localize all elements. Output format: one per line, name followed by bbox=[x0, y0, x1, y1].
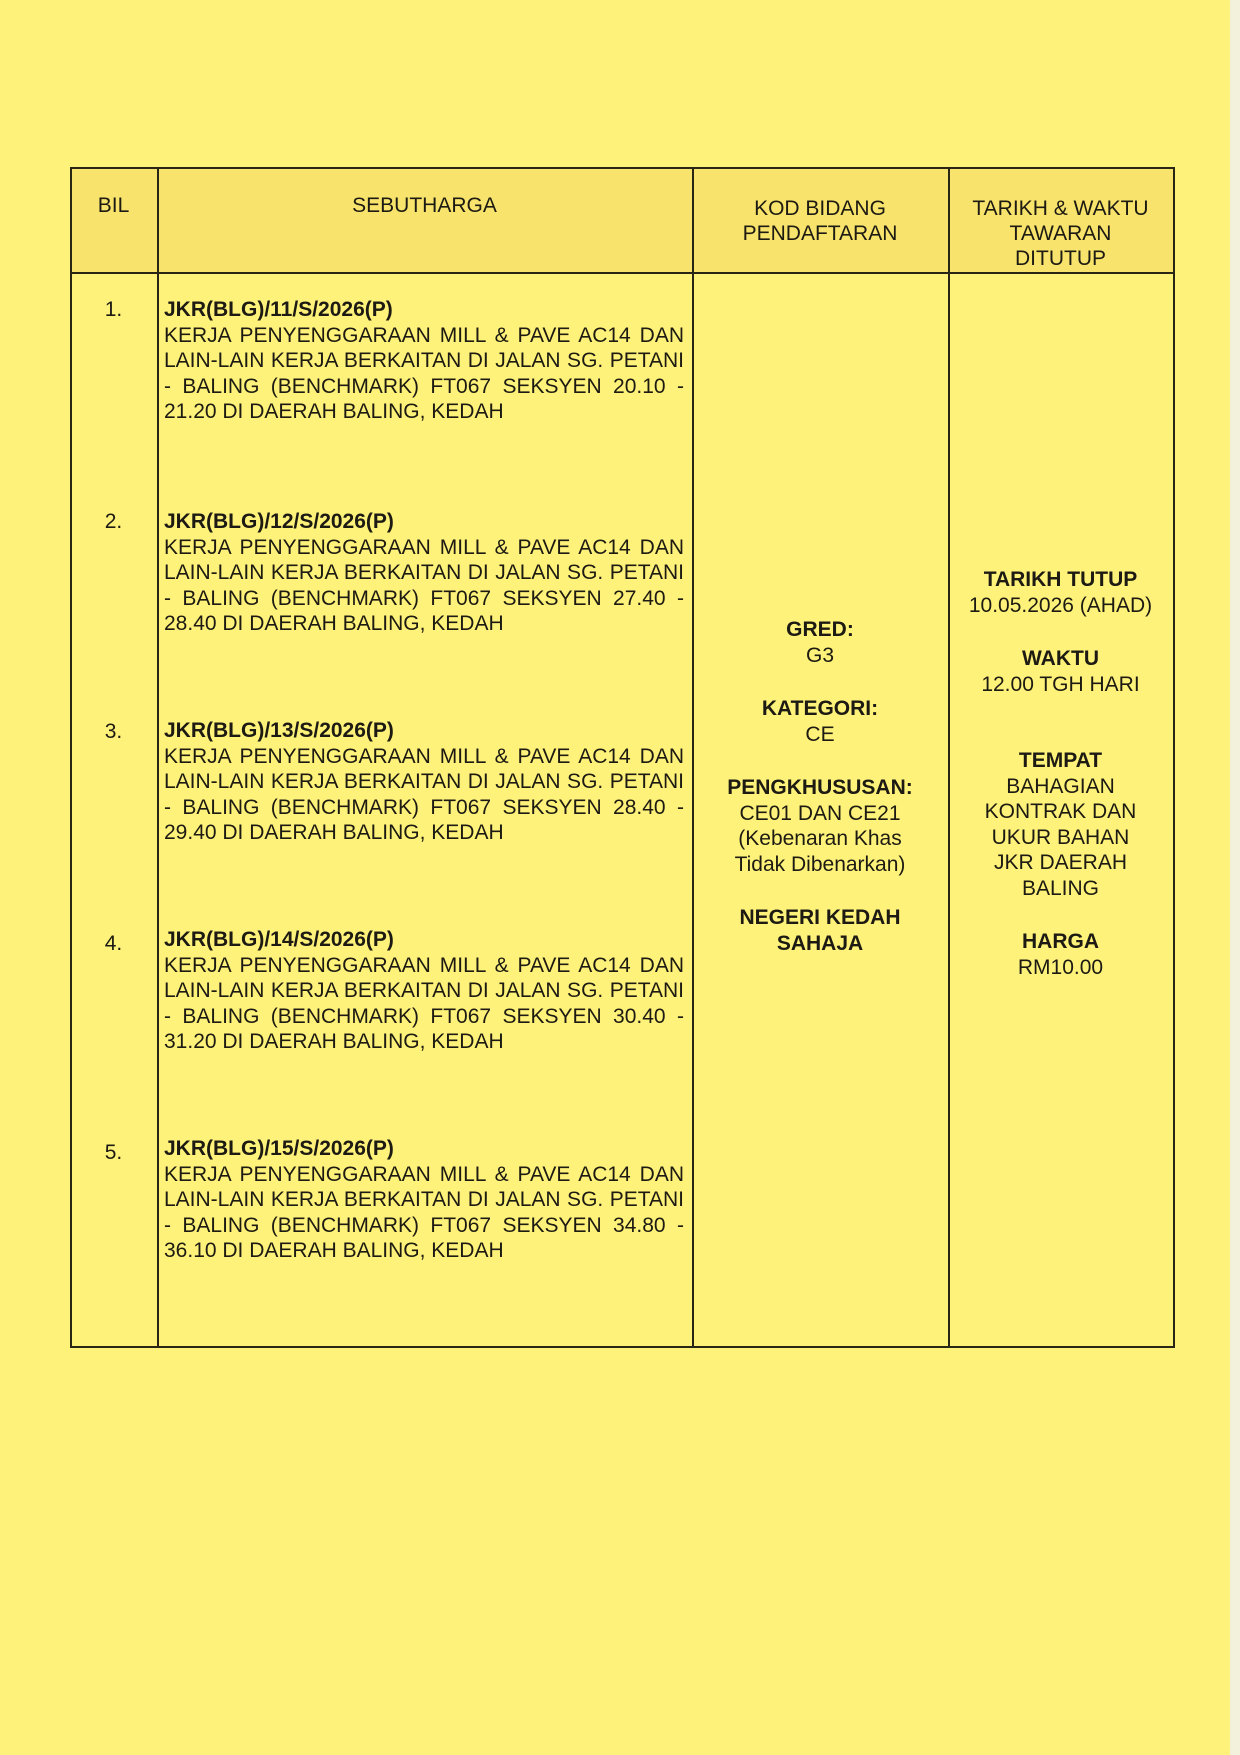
quotation-ref: JKR(BLG)/15/S/2026(P) bbox=[164, 1136, 684, 1162]
registration-code-cell: GRED: G3 KATEGORI: CE PENGKHUSUSAN: CE01… bbox=[692, 617, 948, 956]
header-bil-text: BIL bbox=[70, 193, 157, 218]
waktu-label: WAKTU bbox=[948, 646, 1173, 672]
tempat-label: TEMPAT bbox=[948, 748, 1173, 774]
table-row: JKR(BLG)/11/S/2026(P) KERJA PENYENGGARAA… bbox=[164, 297, 684, 425]
header-kod-line-1: KOD BIDANG bbox=[692, 196, 948, 221]
header-sebutharga: SEBUTHARGA bbox=[157, 193, 692, 218]
row-number: 2. bbox=[70, 510, 157, 534]
tempat-line-2: KONTRAK DAN bbox=[948, 799, 1173, 825]
quotation-ref: JKR(BLG)/14/S/2026(P) bbox=[164, 927, 684, 953]
tarikh-tutup-label: TARIKH TUTUP bbox=[948, 567, 1173, 593]
pengkhususan-value: CE01 DAN CE21 bbox=[692, 801, 948, 827]
header-tarikh-line-1: TARIKH & WAKTU bbox=[948, 196, 1173, 221]
table-border-top bbox=[70, 167, 1174, 169]
gred-value: G3 bbox=[692, 643, 948, 669]
closing-details-cell: TARIKH TUTUP 10.05.2026 (AHAD) WAKTU 12.… bbox=[948, 567, 1173, 980]
column-divider-1 bbox=[157, 167, 159, 1348]
header-bil: BIL bbox=[70, 193, 157, 218]
header-tarikh-line-3: DITUTUP bbox=[948, 246, 1173, 271]
pengkhususan-note-2: Tidak Dibenarkan) bbox=[692, 852, 948, 878]
tempat-line-1: BAHAGIAN bbox=[948, 774, 1173, 800]
quotation-ref: JKR(BLG)/13/S/2026(P) bbox=[164, 718, 684, 744]
pengkhususan-label: PENGKHUSUSAN: bbox=[692, 775, 948, 801]
quotation-desc: KERJA PENYENGGARAAN MILL & PAVE AC14 DAN… bbox=[164, 953, 684, 1055]
table-row: JKR(BLG)/13/S/2026(P) KERJA PENYENGGARAA… bbox=[164, 718, 684, 846]
negeri-line-1: NEGERI KEDAH bbox=[692, 905, 948, 931]
harga-label: HARGA bbox=[948, 929, 1173, 955]
header-sebutharga-text: SEBUTHARGA bbox=[157, 193, 692, 218]
quotation-desc: KERJA PENYENGGARAAN MILL & PAVE AC14 DAN… bbox=[164, 1162, 684, 1264]
table-border-right bbox=[1173, 167, 1175, 1348]
header-kod-line-2: PENDAFTARAN bbox=[692, 221, 948, 246]
table-row: JKR(BLG)/15/S/2026(P) KERJA PENYENGGARAA… bbox=[164, 1136, 684, 1264]
pengkhususan-note-1: (Kebenaran Khas bbox=[692, 826, 948, 852]
scan-edge bbox=[1230, 0, 1240, 1755]
quotation-desc: KERJA PENYENGGARAAN MILL & PAVE AC14 DAN… bbox=[164, 744, 684, 846]
kategori-value: CE bbox=[692, 722, 948, 748]
harga-value: RM10.00 bbox=[948, 955, 1173, 981]
table-border-bottom bbox=[70, 1346, 1174, 1348]
row-number: 1. bbox=[70, 298, 157, 322]
header-tarikh-line-2: TAWARAN bbox=[948, 221, 1173, 246]
header-tarikh-waktu: TARIKH & WAKTU TAWARAN DITUTUP bbox=[948, 196, 1173, 271]
tarikh-tutup-value: 10.05.2026 (AHAD) bbox=[948, 593, 1173, 619]
tempat-line-4: JKR DAERAH bbox=[948, 850, 1173, 876]
tempat-line-5: BALING bbox=[948, 876, 1173, 902]
table-border-left bbox=[70, 167, 72, 1348]
table-row: JKR(BLG)/12/S/2026(P) KERJA PENYENGGARAA… bbox=[164, 509, 684, 637]
quotation-ref: JKR(BLG)/11/S/2026(P) bbox=[164, 297, 684, 323]
quotation-desc: KERJA PENYENGGARAAN MILL & PAVE AC14 DAN… bbox=[164, 535, 684, 637]
negeri-line-2: SAHAJA bbox=[692, 931, 948, 957]
quotation-desc: KERJA PENYENGGARAAN MILL & PAVE AC14 DAN… bbox=[164, 323, 684, 425]
tempat-line-3: UKUR BAHAN bbox=[948, 825, 1173, 851]
row-number: 5. bbox=[70, 1141, 157, 1165]
kategori-label: KATEGORI: bbox=[692, 696, 948, 722]
row-number: 4. bbox=[70, 932, 157, 956]
gred-label: GRED: bbox=[692, 617, 948, 643]
row-number: 3. bbox=[70, 720, 157, 744]
table-header-divider bbox=[70, 272, 1174, 274]
quotation-ref: JKR(BLG)/12/S/2026(P) bbox=[164, 509, 684, 535]
table-row: JKR(BLG)/14/S/2026(P) KERJA PENYENGGARAA… bbox=[164, 927, 684, 1055]
waktu-value: 12.00 TGH HARI bbox=[948, 672, 1173, 698]
header-kod-bidang: KOD BIDANG PENDAFTARAN bbox=[692, 196, 948, 246]
